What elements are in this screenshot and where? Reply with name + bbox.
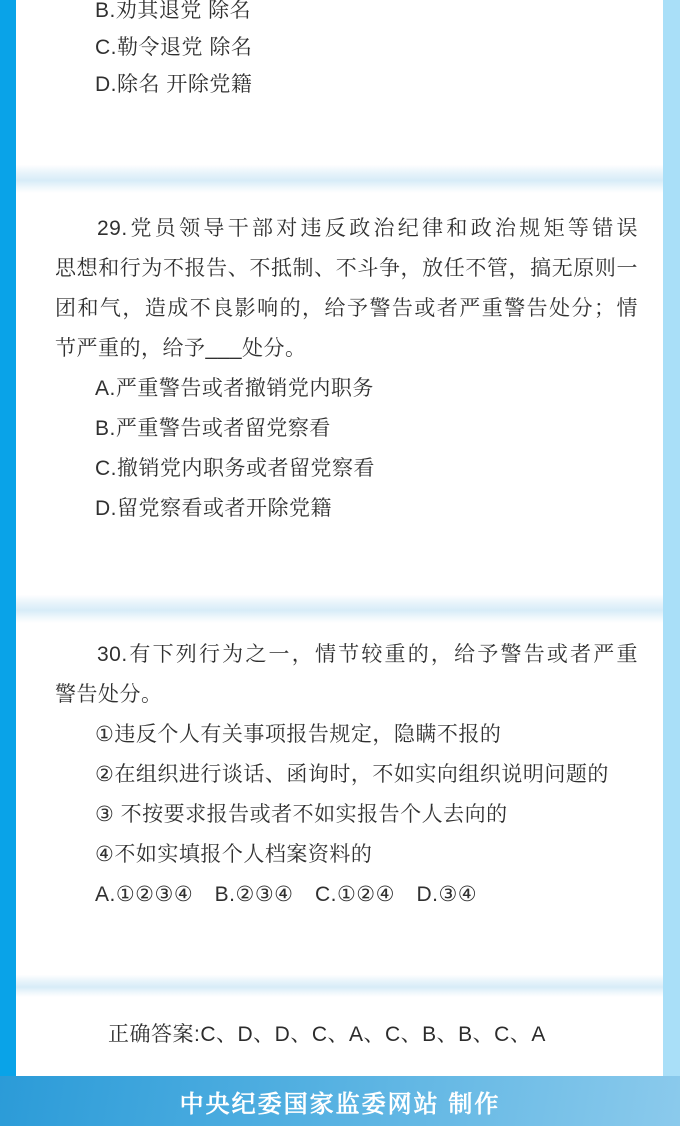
question-29-stem-line: 思想和行为不报告、不抵制、不斗争，放任不管，搞无原则一 [55,249,638,289]
card-question-30: 30.有下列行为之一，情节较重的，给予警告或者严重 警告处分。 ①违反个人有关事… [16,623,663,975]
footer-bar: 中央纪委国家监委网站 制作 [0,1076,680,1126]
question-29-option-c: C.撤销党内职务或者留党察看 [55,449,638,489]
card-partial-question: B.劝其退党 除名 C.勒令退党 除名 D.除名 开除党籍 [16,0,663,165]
quiz-page: B.劝其退党 除名 C.勒令退党 除名 D.除名 开除党籍 29.党员领导干部对… [0,0,680,1126]
question-30-choices-line: A.①②③④ B.②③④ C.①②④ D.③④ [55,875,638,915]
option-line-c: C.勒令退党 除名 [55,29,638,66]
question-30-item-2: ②在组织进行谈话、函询时，不如实向组织说明问题的 [55,755,638,795]
question-30-stem-line: 30.有下列行为之一，情节较重的，给予警告或者严重 [55,635,638,675]
content-column: B.劝其退党 除名 C.勒令退党 除名 D.除名 开除党籍 29.党员领导干部对… [16,0,663,1076]
card-gap-divider [16,165,663,193]
card-gap-divider [16,975,663,997]
option-line-b: B.劝其退党 除名 [55,0,638,29]
question-29-option-d: D.留党察看或者开除党籍 [55,489,638,529]
question-30-item-1: ①违反个人有关事项报告规定，隐瞒不报的 [55,715,638,755]
question-29-stem-line: 29.党员领导干部对违反政治纪律和政治规矩等错误 [55,209,638,249]
card-question-29: 29.党员领导干部对违反政治纪律和政治规矩等错误 思想和行为不报告、不抵制、不斗… [16,193,663,595]
correct-answers-line: 正确答案:C、D、D、C、A、C、B、B、C、A [108,1015,638,1055]
footer-credit-text: 中央纪委国家监委网站 制作 [180,1084,501,1119]
question-29-stem-line: 节严重的，给予___处分。 [55,329,638,369]
question-29-option-b: B.严重警告或者留党察看 [55,409,638,449]
card-correct-answers: 正确答案:C、D、D、C、A、C、B、B、C、A [16,997,663,1068]
right-edge-strip [663,0,680,1076]
question-30-stem-line: 警告处分。 [55,675,638,715]
card-gap-divider [16,595,663,623]
question-29-stem-line: 团和气，造成不良影响的，给予警告或者严重警告处分；情 [55,289,638,329]
option-line-d: D.除名 开除党籍 [55,66,638,103]
question-30-item-4: ④不如实填报个人档案资料的 [55,835,638,875]
question-30-item-3: ③ 不按要求报告或者不如实报告个人去向的 [55,795,638,835]
left-edge-strip [0,0,16,1076]
question-29-option-a: A.严重警告或者撤销党内职务 [55,369,638,409]
